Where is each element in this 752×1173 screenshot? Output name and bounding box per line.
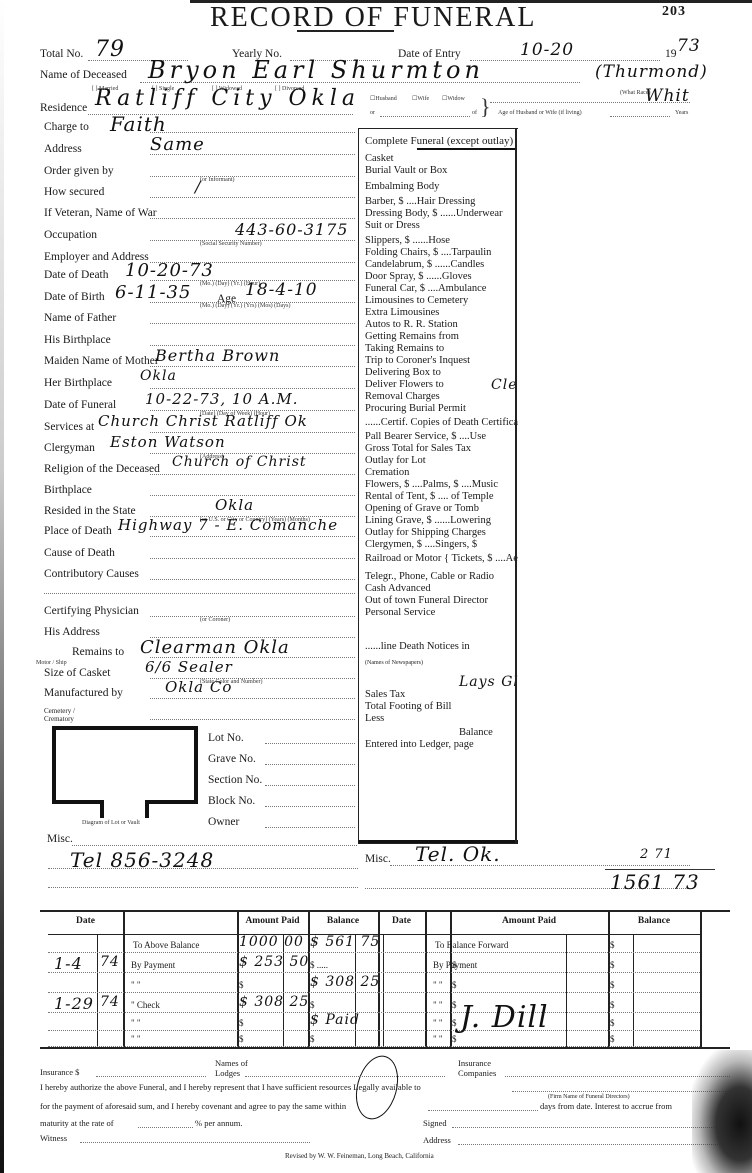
motor-ship-label: Motor / Ship	[36, 660, 67, 667]
ledger-cell: $	[239, 980, 244, 990]
lot-field-input[interactable]	[265, 806, 355, 807]
field-label: Contributory Causes	[44, 567, 139, 581]
scan-smudge	[692, 1050, 752, 1173]
residence-value[interactable]: Ratliff City Okla	[95, 86, 360, 111]
lot-field-label: Owner	[208, 815, 239, 829]
name-alternate-value[interactable]: (Thurmond)	[595, 62, 708, 82]
field-label: Address	[44, 142, 82, 156]
lodges-label: Names of Lodges	[215, 1058, 255, 1078]
field-value[interactable]: /	[195, 177, 201, 196]
lot-field-input[interactable]	[265, 743, 355, 744]
charges-header: Complete Funeral (except outlay)	[365, 135, 513, 147]
field-value[interactable]: Faith	[110, 112, 167, 136]
lot-field-label: Section No.	[208, 773, 262, 787]
charge-item: Candelabrum, $ ......Candles	[365, 259, 484, 271]
field-label: Place of Death	[44, 524, 112, 538]
name-of-deceased-value[interactable]: Bryon Earl Shurmton	[148, 56, 484, 84]
charge-item: Lining Grave, $ ......Lowering	[365, 515, 491, 527]
maturity-text: maturity at the rate of	[40, 1118, 114, 1128]
field-label: His Address	[44, 625, 100, 639]
field-label: Date of Death	[44, 268, 109, 282]
insurance-companies-label: Insurance Companies	[458, 1058, 513, 1078]
field-value[interactable]: 6/6 Sealer	[145, 658, 233, 676]
ledger-cell: $	[452, 1034, 457, 1044]
charge-item: Slippers, $ ......Hose	[365, 235, 450, 247]
taking-remains-to-value[interactable]: Clem	[491, 377, 518, 393]
year-value[interactable]: 73	[677, 36, 701, 56]
age-label: Age	[217, 292, 236, 306]
field-value[interactable]: Okla	[215, 496, 254, 514]
ledger-cell: $	[610, 1000, 615, 1010]
ledger-cell: 1-29	[54, 994, 94, 1013]
charge-item: Rental of Tent, $ .... of Temple	[365, 491, 494, 503]
ledger-cell: $	[610, 1018, 615, 1028]
address-label: Address	[423, 1135, 451, 1145]
ledger-cell: $	[452, 1018, 457, 1028]
charges-header-underline	[417, 148, 517, 150]
percent-text: % per annum.	[195, 1118, 242, 1128]
spouse-or-label: or	[370, 110, 375, 117]
page-edge-shadow	[0, 0, 4, 1173]
date-of-entry-value[interactable]: 10-20	[520, 40, 574, 60]
field-label: Date of Funeral	[44, 398, 116, 412]
ledger-cell: $ 308 25	[310, 974, 380, 990]
charge-item: Flowers, $ ....Palms, $ ....Music	[365, 479, 498, 491]
lot-field-label: Grave No.	[208, 752, 256, 766]
ledger-header: Date	[48, 916, 123, 926]
field-value[interactable]: Okla Co	[165, 678, 232, 696]
field-label: Her Birthplace	[44, 376, 112, 390]
spouse-wife[interactable]: ☐Wife	[412, 96, 429, 103]
ledger-header: Balance	[308, 916, 378, 926]
ledger-cell: 1000 00	[239, 934, 304, 950]
personal-service-value[interactable]: Lays Gla	[459, 674, 518, 690]
page-number: 203	[662, 4, 686, 20]
charges-panel-right-border	[515, 128, 517, 844]
field-label: Remains to	[72, 645, 124, 659]
ledger-header: Date	[378, 916, 425, 926]
lot-field-label: Lot No.	[208, 731, 244, 745]
charge-item: Entered into Ledger, page	[365, 739, 474, 751]
misc-right-value[interactable]: Tel. Ok.	[415, 842, 501, 866]
ledger-cell: " "	[433, 1000, 443, 1010]
ledger-cell: $	[610, 1034, 615, 1044]
charge-item: Delivering Box to	[365, 367, 441, 379]
lot-field-input[interactable]	[265, 827, 355, 828]
residence-label: Residence	[40, 101, 87, 115]
insurance-label: Insurance $	[40, 1067, 79, 1077]
charge-item: Procuring Burial Permit	[365, 403, 466, 415]
charge-item: Extra Limousines	[365, 307, 439, 319]
ledger-cell: " "	[131, 1018, 141, 1028]
misc-left-value[interactable]: Tel 856-3248	[70, 848, 214, 872]
charge-item: (Names of Newspapers)	[365, 657, 423, 669]
charge-item: Burial Vault or Box	[365, 165, 447, 177]
payment-text: for the payment of aforesaid sum, and I …	[40, 1101, 346, 1111]
field-label: Date of Birth	[44, 290, 105, 304]
spouse-of-label: of	[472, 110, 477, 117]
ledger-cell: $	[310, 1000, 315, 1010]
ledger-cell: $	[452, 1000, 457, 1010]
ledger-cell: To Above Balance	[133, 940, 199, 950]
lot-field-label: Block No.	[208, 794, 255, 808]
footer-credit: Revised by W. W. Feineman, Long Beach, C…	[285, 1152, 434, 1160]
field-label: If Veteran, Name of War	[44, 206, 157, 220]
charge-item: ......Certif. Copies of Death Certificat…	[365, 417, 518, 429]
total-no-label: Total No.	[40, 47, 83, 61]
charge-item: Less	[365, 713, 384, 725]
spouse-widow[interactable]: ☐Widow	[442, 96, 465, 103]
ledger-cell: $	[452, 980, 457, 990]
ledger-cell: $ .....	[310, 960, 328, 970]
charge-item: Balance	[459, 727, 493, 739]
ledger-cell: 1-4	[54, 954, 83, 973]
charge-item: Barber, $ ....Hair Dressing	[365, 196, 475, 208]
charge-item: Out of town Funeral Director	[365, 595, 488, 607]
field-label: Religion of the Deceased	[44, 462, 160, 476]
diagram-caption: Diagram of Lot or Vault	[82, 820, 140, 827]
charge-item: Gross Total for Sales Tax	[365, 443, 471, 455]
ledger-cell: $ 253 50	[239, 954, 309, 970]
ledger-header: Amount Paid	[237, 916, 308, 926]
field-label: Occupation	[44, 228, 97, 242]
ledger-cell: " "	[131, 1034, 141, 1044]
days-text: days from date. Interest to accrue from	[540, 1101, 672, 1111]
field-value[interactable]: Same	[150, 134, 205, 155]
field-value[interactable]: Church Christ Ratliff Ok	[98, 412, 308, 430]
field-label: How secured	[44, 185, 104, 199]
charge-item: Outlay for Shipping Charges	[365, 527, 486, 539]
ledger-cell: By Payment	[131, 960, 175, 970]
ledger-top-rule	[40, 910, 730, 912]
ledger-cell: To Balance Forward	[435, 940, 508, 950]
charge-item: Railroad or Motor { Tickets, $ ....Aerop…	[365, 553, 518, 565]
misc-right-label: Misc.	[365, 852, 391, 866]
ledger-cell: $ Paid	[310, 1012, 360, 1028]
name-of-deceased-label: Name of Deceased	[40, 68, 127, 82]
field-label: Certifying Physician	[44, 604, 139, 618]
field-value[interactable]: Church of Christ	[172, 454, 307, 470]
charge-item: Cremation	[365, 467, 409, 479]
field-label: Order given by	[44, 164, 114, 178]
charge-item: Funeral Car, $ ....Ambulance	[365, 283, 486, 295]
field-label: Name of Father	[44, 311, 116, 325]
charge-item: Casket	[365, 153, 394, 165]
field-hint: (or Coroner)	[200, 617, 230, 624]
charge-item: Autos to R. R. Station	[365, 319, 458, 331]
field-label: His Birthplace	[44, 333, 111, 347]
charge-item: Door Spray, $ ......Gloves	[365, 271, 472, 283]
ledger-cell: $	[239, 1034, 244, 1044]
age-value[interactable]: 18-4-10	[245, 280, 318, 300]
signature-scribble: J. Dill	[460, 1000, 549, 1035]
field-label: Clergyman	[44, 441, 95, 455]
ledger-header: Amount Paid	[450, 916, 608, 926]
field-value[interactable]: Clearman Okla	[140, 637, 290, 658]
field-label: Maiden Name of Mother	[44, 354, 159, 368]
charge-item: Limousines to Cemetery	[365, 295, 468, 307]
title-underline	[297, 30, 394, 32]
total-no-value[interactable]: 79	[95, 37, 125, 62]
charge-item: Getting Remains from	[365, 331, 459, 343]
misc-amount-total[interactable]: 1561 73	[610, 870, 700, 894]
field-value[interactable]: 10-22-73, 10 A.M.	[145, 390, 299, 408]
witness-label: Witness	[40, 1133, 67, 1143]
field-label: Cause of Death	[44, 546, 115, 560]
ledger-cell: $	[610, 960, 615, 970]
charges-panel: Complete Funeral (except outlay) CasketB…	[358, 128, 518, 844]
ledger-cell: " "	[433, 1018, 443, 1028]
charge-item: Outlay for Lot	[365, 455, 426, 467]
ledger-cell: $	[310, 1034, 315, 1044]
charge-item: Suit or Dress	[365, 220, 420, 232]
field-hint: (Mo.) (Day) (Yr.) (Yrs) (Mos) (Days)	[200, 303, 290, 310]
field-label: Birthplace	[44, 483, 92, 497]
charge-item: Taking Remains to	[365, 343, 444, 355]
ledger-cell: 74	[100, 994, 120, 1010]
field-label: Cemetery / Crematory	[44, 707, 84, 723]
field-value[interactable]: Eston Watson	[110, 433, 226, 451]
authorize-text: I hereby authorize the above Funeral, an…	[40, 1082, 421, 1092]
firm-name-hint: (Firm Name of Funeral Directors)	[548, 1094, 630, 1100]
charge-item: Clergymen, $ ....Singers, $	[365, 539, 477, 551]
ledger-cell: $	[610, 980, 615, 990]
field-value[interactable]: 443-60-3175	[235, 220, 348, 239]
diagram-post-left	[100, 800, 104, 818]
charge-item: Folding Chairs, $ ....Tarpaulin	[365, 247, 491, 259]
charge-item: Removal Charges	[365, 391, 440, 403]
field-hint: (Social Security Number)	[200, 241, 262, 248]
field-label: Services at	[44, 420, 94, 434]
field-hint: (or Informant)	[200, 177, 235, 184]
charge-item: Embalming Body	[365, 181, 439, 193]
charge-item: Pall Bearer Service, $ ....Use	[365, 431, 486, 443]
charge-item: Total Footing of Bill	[365, 701, 451, 713]
ledger-cell: " "	[433, 980, 443, 990]
charge-item: Deliver Flowers to	[365, 379, 444, 391]
lot-field-input[interactable]	[265, 764, 355, 765]
charge-item: Sales Tax	[365, 689, 405, 701]
brace-icon: }	[480, 94, 491, 120]
ledger-cell: $ 308 25	[239, 994, 309, 1010]
charge-item: Telegr., Phone, Cable or Radio	[365, 571, 494, 583]
ledger-cell: $	[239, 1018, 244, 1028]
charge-item: Cash Advanced	[365, 583, 431, 595]
race-value[interactable]: Whit	[645, 86, 690, 106]
charge-item: Opening of Grave or Tomb	[365, 503, 479, 515]
ledger-cell: " "	[433, 1034, 443, 1044]
misc-left-label: Misc.	[47, 832, 73, 846]
ledger-cell: $	[610, 940, 615, 950]
ledger-cell: $	[452, 960, 457, 970]
lot-diagram	[52, 726, 198, 804]
ledger-cell: " Check	[131, 1000, 160, 1010]
field-value[interactable]: Bertha Brown	[155, 346, 280, 365]
age-spouse-label: Age of Husband or Wife (if living)	[498, 110, 582, 117]
field-label: Manufactured by	[44, 686, 123, 700]
field-value[interactable]: Highway 7 - E. Comanche	[118, 516, 338, 534]
ledger-cell: " "	[131, 980, 141, 990]
ledger-cell: 74	[100, 954, 120, 970]
field-value[interactable]: 10-20-73	[125, 260, 214, 281]
ledger-header: Balance	[608, 916, 700, 926]
ledger-cell: $ 561 75	[310, 934, 380, 950]
field-label: Charge to	[44, 120, 89, 134]
charge-item: Dressing Body, $ ......Underwear	[365, 208, 503, 220]
misc-amount-1[interactable]: 2 71	[640, 847, 673, 862]
years-label: Years	[675, 110, 688, 117]
field-value[interactable]: Okla	[140, 368, 177, 384]
ledger-bottom-rule	[40, 1047, 730, 1049]
diagram-post-right	[145, 800, 149, 818]
field-label: Size of Casket	[44, 666, 110, 680]
charge-item: ......line Death Notices in	[365, 641, 470, 653]
year-prefix: 19	[665, 47, 677, 61]
spouse-husband[interactable]: ☐Husband	[370, 96, 397, 103]
charge-item: Trip to Coroner's Inquest	[365, 355, 470, 367]
charge-item: Personal Service	[365, 607, 435, 619]
lot-field-input[interactable]	[265, 785, 355, 786]
field-value[interactable]: 6-11-35	[115, 282, 191, 303]
signed-label: Signed	[423, 1118, 447, 1128]
